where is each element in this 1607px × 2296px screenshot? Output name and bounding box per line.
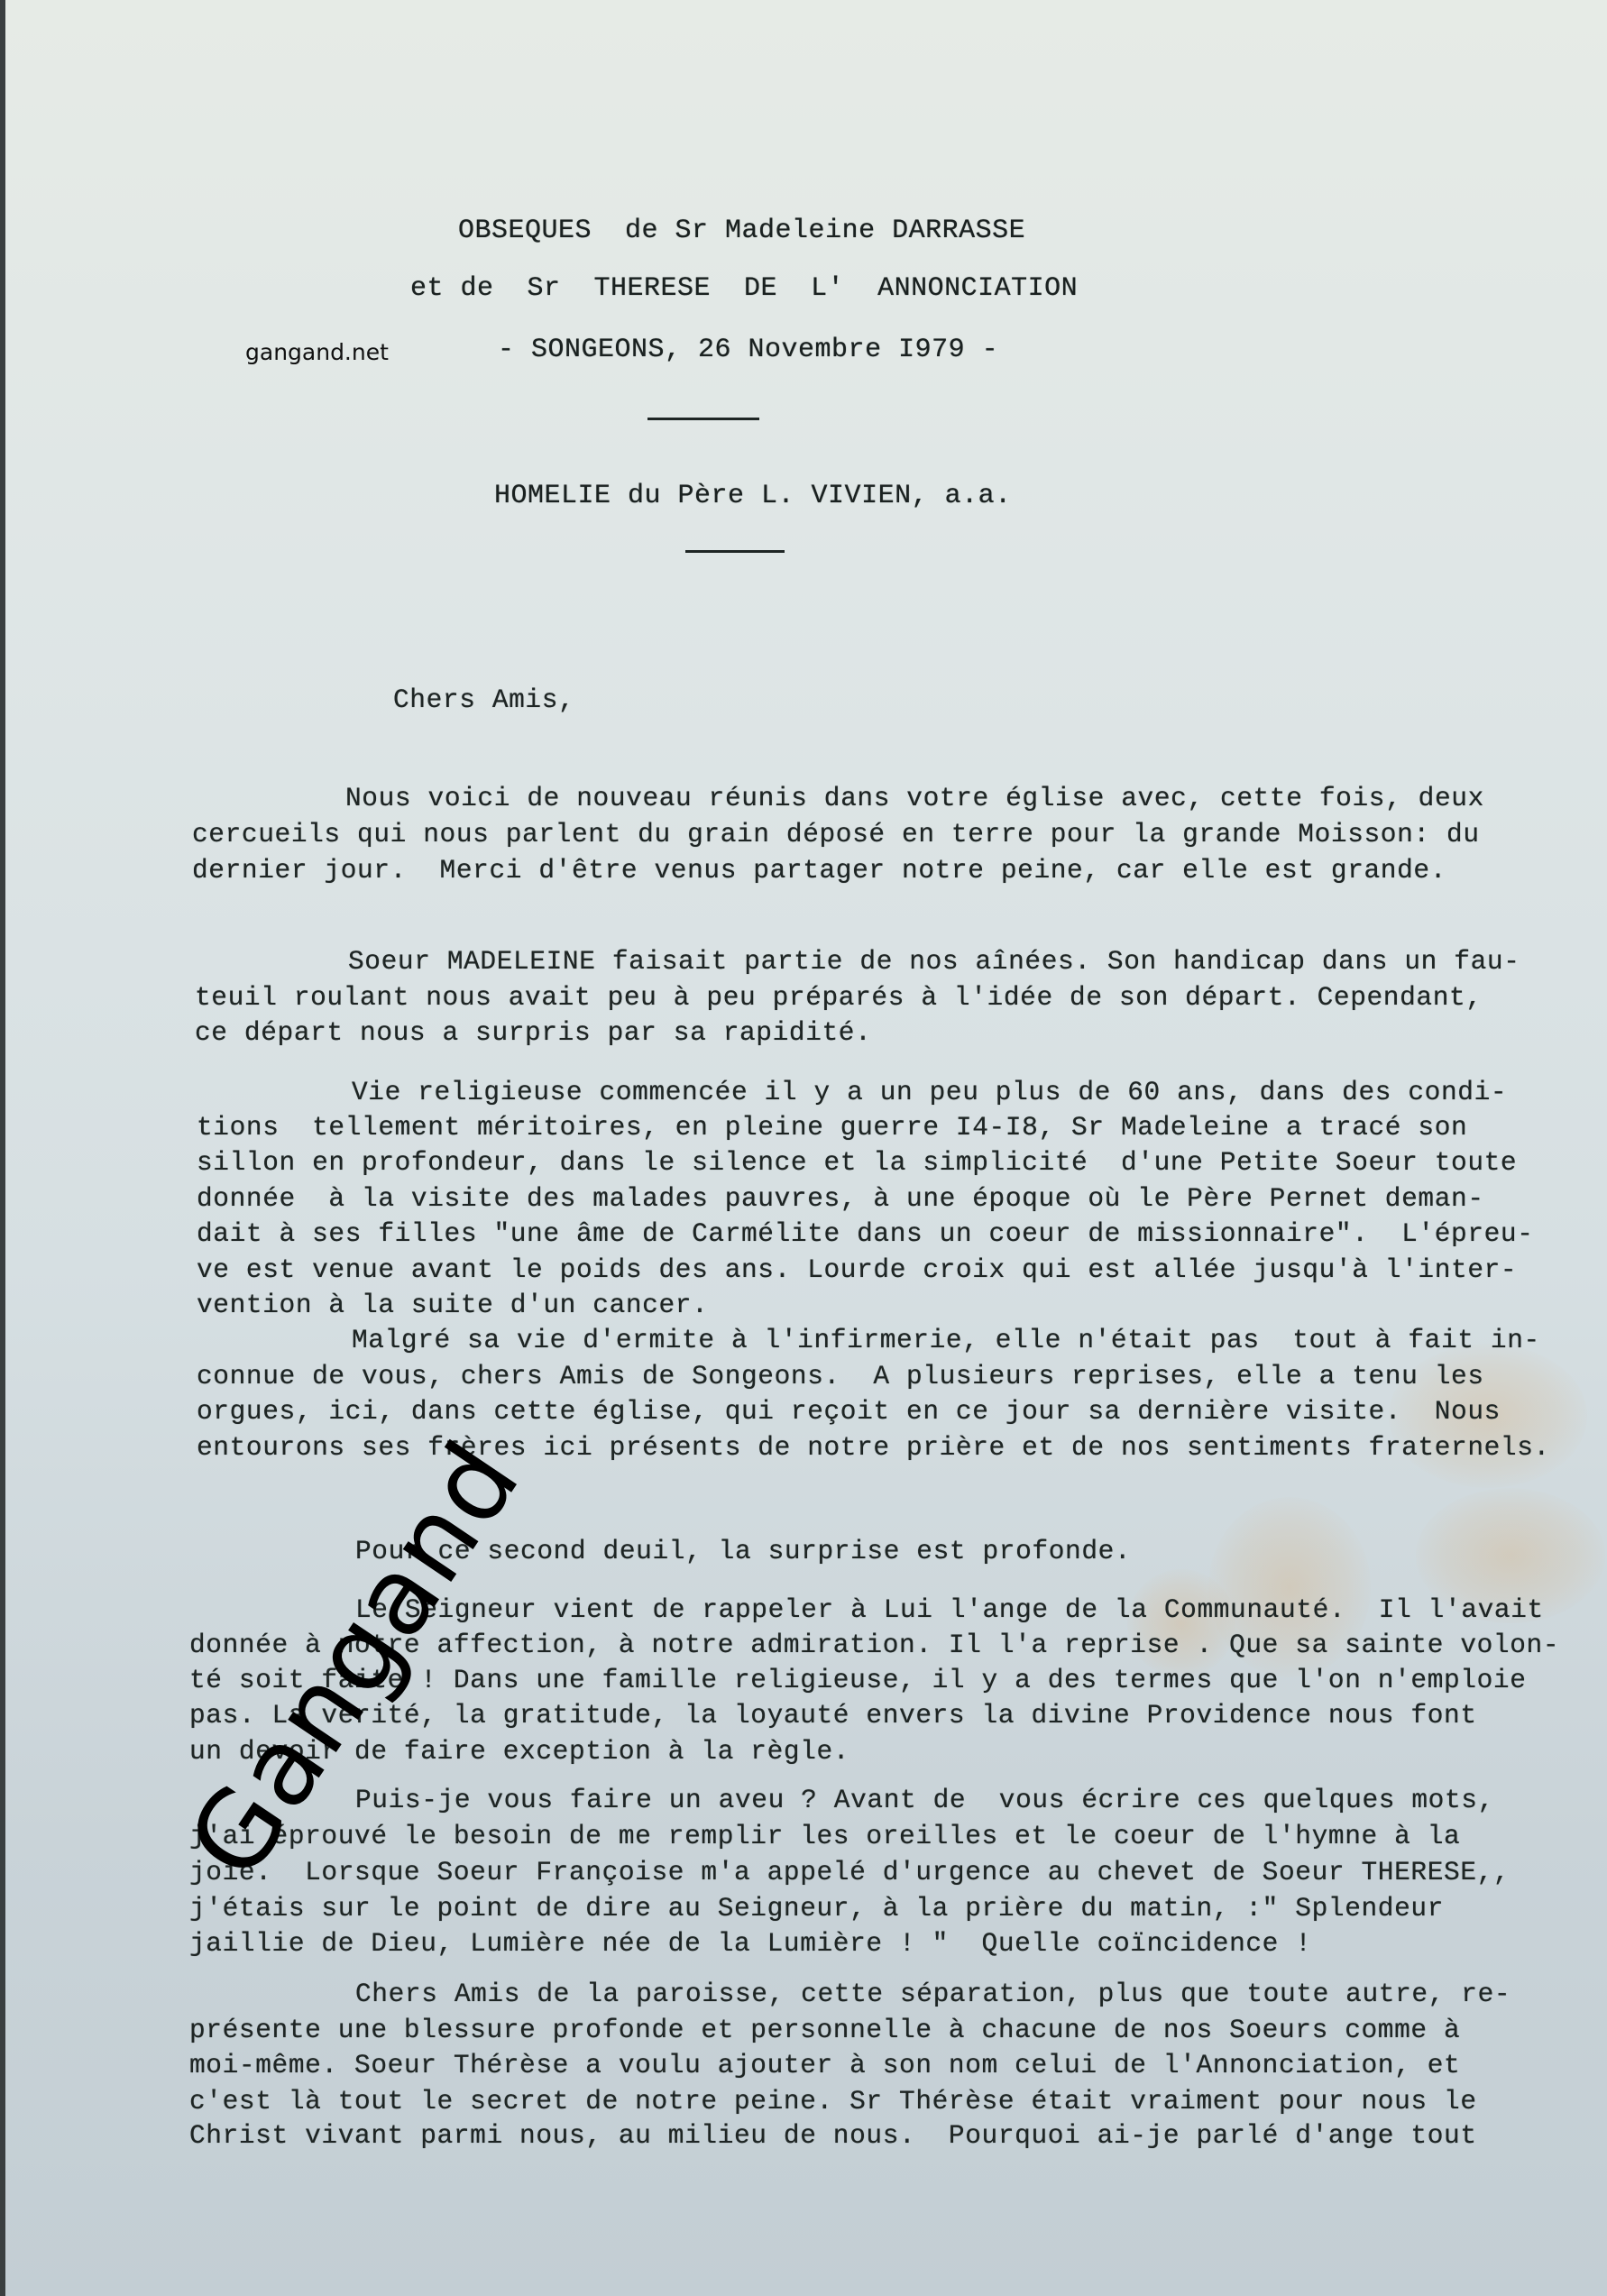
body-line: dait à ses filles "une âme de Carmélite … (197, 1217, 1534, 1250)
homily-subtitle: HOMELIE du Père L. VIVIEN, a.a. (494, 480, 1012, 512)
header-line-2: et de Sr THERESE DE L' ANNONCIATION (410, 272, 1078, 305)
body-line: ve est venue avant le poids des ans. Lou… (197, 1254, 1517, 1286)
body-line: tions tellement méritoires, en pleine gu… (197, 1111, 1467, 1143)
body-line: ce départ nous a surpris par sa rapidité… (195, 1016, 871, 1049)
body-line: vention à la suite d'un cancer. (197, 1289, 708, 1321)
body-line: teuil roulant nous avait peu à peu prépa… (195, 981, 1483, 1014)
separator-rule (685, 550, 785, 553)
body-line: entourons ses frères ici présents de not… (197, 1431, 1550, 1464)
body-line: jaillie de Dieu, Lumière née de la Lumiè… (189, 1927, 1312, 1960)
body-line: Nous voici de nouveau réunis dans votre … (345, 782, 1484, 814)
body-line: sillon en profondeur, dans le silence et… (197, 1146, 1517, 1179)
body-line: donnée à la visite des malades pauvres, … (197, 1182, 1484, 1215)
body-line: c'est là tout le secret de notre peine. … (189, 2085, 1477, 2117)
body-line: orgues, ici, dans cette église, qui reço… (197, 1395, 1501, 1428)
body-line: Puis-je vous faire un aveu ? Avant de vo… (355, 1784, 1494, 1816)
body-line: Soeur MADELEINE faisait partie de nos aî… (348, 945, 1520, 978)
body-line: Vie religieuse commencée il y a un peu p… (352, 1076, 1507, 1108)
body-line: Le Seigneur vient de rappeler à Lui l'an… (355, 1593, 1544, 1626)
page-edge (0, 0, 5, 2296)
body-line: Christ vivant parmi nous, au milieu de n… (189, 2119, 1477, 2152)
body-line: moi-même. Soeur Thérèse a voulu ajouter … (189, 2049, 1460, 2081)
site-watermark-label: gangand.net (245, 339, 389, 365)
body-line: Malgré sa vie d'ermite à l'infirmerie, e… (352, 1324, 1540, 1356)
separator-rule (647, 418, 759, 420)
body-line: j'étais sur le point de dire au Seigneur… (189, 1892, 1444, 1924)
body-line: Chers Amis de la paroisse, cette séparat… (355, 1978, 1511, 2010)
body-line: cercueils qui nous parlent du grain dépo… (192, 818, 1480, 850)
salutation: Chers Amis, (393, 684, 574, 716)
scanned-document-page: OBSEQUES de Sr Madeleine DARRASSE et de … (0, 0, 1607, 2296)
body-line: dernier jour. Merci d'être venus partage… (192, 854, 1446, 886)
body-line: j'ai éprouvé le besoin de me remplir les… (189, 1820, 1460, 1852)
header-line-3: - SONGEONS, 26 Novembre I979 - (498, 334, 998, 366)
body-line: joie. Lorsque Soeur Françoise m'a appelé… (189, 1856, 1510, 1888)
body-line: connue de vous, chers Amis de Songeons. … (197, 1360, 1484, 1392)
header-line-1: OBSEQUES de Sr Madeleine DARRASSE (458, 215, 1025, 247)
body-line: présente une blessure profonde et person… (189, 2014, 1460, 2046)
